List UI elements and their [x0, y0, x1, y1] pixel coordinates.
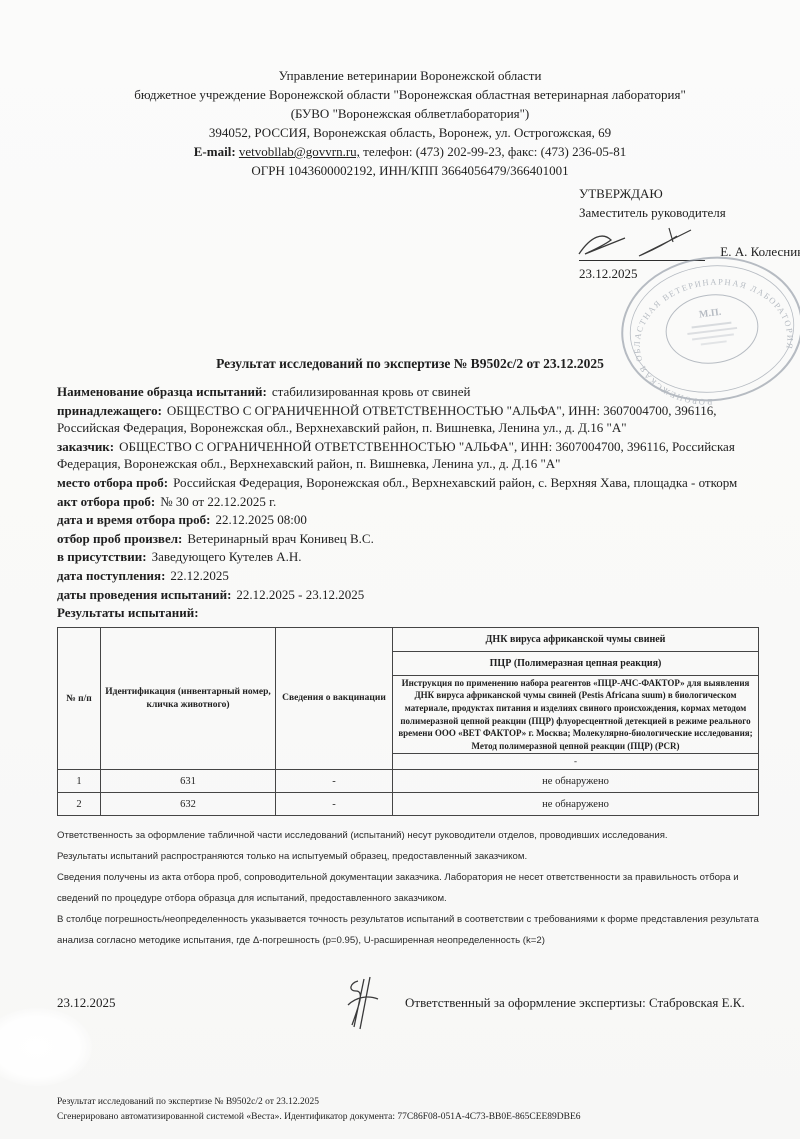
page-title: Результат исследований по экспертизе № В…	[57, 356, 763, 372]
detail-label: дата и время отбора проб:	[57, 512, 211, 527]
col-header-vaccination: Сведения о вакцинации	[276, 627, 393, 770]
cell-result: не обнаружено	[393, 793, 759, 816]
org-short-name: (БУВО "Воронежская облветлаборатория")	[57, 104, 763, 123]
approval-date: 23.12.2025	[579, 264, 800, 283]
sample-details: Наименование образца испытаний:стабилизи…	[57, 383, 763, 622]
footnote: Ответственность за оформление табличной …	[57, 825, 763, 846]
results-table: № п/п Идентификация (инвентарный номер, …	[57, 627, 759, 817]
approver-signature-row: Е. А. Колесников	[579, 226, 800, 261]
detail-sampling-place: место отбора проб:Российская Федерация, …	[57, 474, 763, 492]
approver-name: Е. А. Колесников	[720, 244, 800, 259]
table-row: 2 632 - не обнаружено	[58, 793, 759, 816]
detail-test-dates: даты проведения испытаний:22.12.2025 - 2…	[57, 586, 763, 604]
detail-sampler: отбор проб произвел:Ветеринарный врач Ко…	[57, 530, 763, 548]
detail-label: даты проведения испытаний:	[57, 587, 231, 602]
email-link[interactable]: vetvobllab@govvrn.ru,	[239, 144, 360, 159]
detail-value: Российская Федерация, Воронежская обл., …	[173, 475, 737, 490]
footer-expertise-ref: Результат исследований по экспертизе № В…	[57, 1095, 581, 1110]
footnotes: Ответственность за оформление табличной …	[57, 825, 763, 951]
page-footer: Результат исследований по экспертизе № В…	[57, 1095, 581, 1125]
approver-signature-icon	[573, 220, 713, 264]
org-full-name: бюджетное учреждение Воронежской области…	[57, 85, 763, 104]
detail-label: в присутствии:	[57, 549, 147, 564]
col-header-identification: Идентификация (инвентарный номер, кличка…	[101, 627, 276, 770]
detail-label: дата поступления:	[57, 568, 165, 583]
cell-vaccination: -	[276, 793, 393, 816]
detail-label: акт отбора проб:	[57, 494, 155, 509]
test-method-full: Инструкция по применению набора реагенто…	[393, 675, 759, 754]
test-group-header: ДНК вируса африканской чумы свиней	[393, 627, 759, 651]
org-address: 394052, РОССИЯ, Воронежская область, Вор…	[57, 123, 763, 142]
signoff-row: 23.12.2025 Ответственный за оформление э…	[57, 981, 763, 1031]
detail-value: 22.12.2025 - 23.12.2025	[236, 587, 364, 602]
test-subrow: -	[393, 754, 759, 770]
detail-label: принадлежащего:	[57, 403, 162, 418]
detail-label: заказчик:	[57, 439, 114, 454]
detail-value: Заведующего Кутелев А.Н.	[152, 549, 302, 564]
detail-label: Результаты испытаний:	[57, 605, 199, 620]
org-contacts: E-mail: vetvobllab@govvrn.ru, телефон: (…	[57, 142, 763, 161]
detail-witness: в присутствии:Заведующего Кутелев А.Н.	[57, 548, 763, 566]
approval-block: УТВЕРЖДАЮ Заместитель руководителя Е. А.…	[579, 184, 800, 283]
org-header: Управление ветеринарии Воронежской облас…	[57, 0, 763, 180]
detail-owner: принадлежащего:ОБЩЕСТВО С ОГРАНИЧЕННОЙ О…	[57, 402, 763, 437]
col-header-num: № п/п	[58, 627, 101, 770]
footnote: В столбце погрешность/неопределенность у…	[57, 909, 763, 951]
detail-value: 22.12.2025 08:00	[216, 512, 307, 527]
responsible-person: Ответственный за оформление экспертизы: …	[405, 995, 745, 1011]
signature-line	[579, 226, 705, 261]
footer-generated-id: Сгенерировано автоматизированной системо…	[57, 1110, 581, 1125]
detail-value: ОБЩЕСТВО С ОГРАНИЧЕННОЙ ОТВЕТСТВЕННОСТЬЮ…	[57, 439, 735, 472]
detail-value: № 30 от 22.12.2025 г.	[160, 494, 276, 509]
detail-value: стабилизированная кровь от свиней	[272, 384, 471, 399]
results-heading: Результаты испытаний:	[57, 604, 763, 622]
detail-label: отбор проб произвел:	[57, 531, 182, 546]
cell-id: 632	[101, 793, 276, 816]
cell-id: 631	[101, 770, 276, 793]
approve-word: УТВЕРЖДАЮ	[579, 184, 800, 203]
org-name: Управление ветеринарии Воронежской облас…	[57, 66, 763, 85]
detail-value: 22.12.2025	[170, 568, 229, 583]
responsible-signature-icon	[340, 975, 390, 1035]
footnote: Результаты испытаний распространяются то…	[57, 846, 763, 867]
table-row: 1 631 - не обнаружено	[58, 770, 759, 793]
cell-num: 1	[58, 770, 101, 793]
stamp-center-text: М.П.	[698, 307, 722, 321]
footnote: Сведения получены из акта отбора проб, с…	[57, 867, 763, 909]
signoff-date: 23.12.2025	[57, 995, 116, 1011]
test-method-short: ПЦР (Полимеразная цепная реакция)	[393, 651, 759, 675]
cell-vaccination: -	[276, 770, 393, 793]
detail-label: Наименование образца испытаний:	[57, 384, 267, 399]
detail-customer: заказчик:ОБЩЕСТВО С ОГРАНИЧЕННОЙ ОТВЕТСТ…	[57, 438, 763, 473]
detail-value: Ветеринарный врач Конивец В.С.	[187, 531, 373, 546]
org-registration: ОГРН 1043600002192, ИНН/КПП 3664056479/3…	[57, 161, 763, 180]
email-label: E-mail:	[194, 144, 236, 159]
detail-sampling-datetime: дата и время отбора проб:22.12.2025 08:0…	[57, 511, 763, 529]
cell-num: 2	[58, 793, 101, 816]
detail-sample-name: Наименование образца испытаний:стабилизи…	[57, 383, 763, 401]
document-page: Управление ветеринарии Воронежской облас…	[0, 0, 800, 1139]
detail-label: место отбора проб:	[57, 475, 168, 490]
phone-fax: телефон: (473) 202-99-23, факс: (473) 23…	[363, 144, 626, 159]
detail-receipt-date: дата поступления:22.12.2025	[57, 567, 763, 585]
detail-sampling-act: акт отбора проб:№ 30 от 22.12.2025 г.	[57, 493, 763, 511]
cell-result: не обнаружено	[393, 770, 759, 793]
